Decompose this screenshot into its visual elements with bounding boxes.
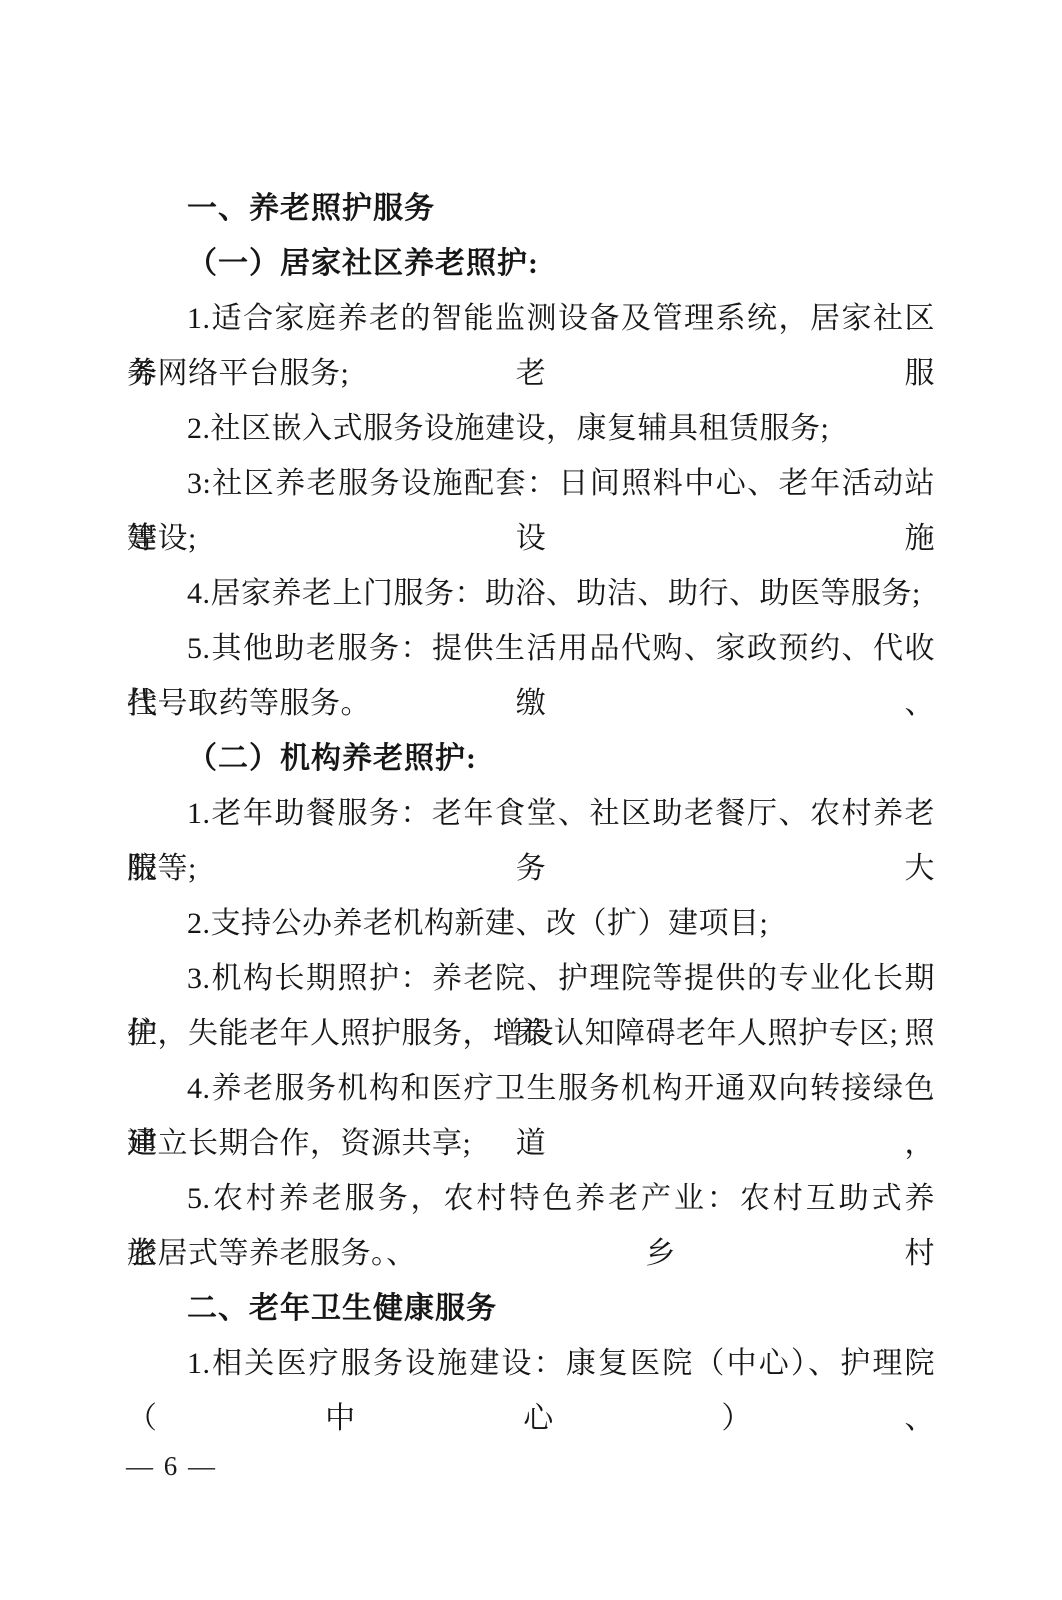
document-page: 一、养老照护服务 （一）居家社区养老照护: 1.适合家庭养老的智能监测设备及管理… bbox=[0, 0, 1062, 1600]
section-1-heading: 一、养老照护服务 bbox=[127, 181, 935, 236]
paragraph-line: 2.社区嵌入式服务设施建设，康复辅具租赁服务; bbox=[127, 401, 935, 456]
paragraph-line: 5.农村养老服务，农村特色养老产业：农村互助式养老、乡村 bbox=[127, 1171, 935, 1226]
subsection-1-1-heading: （一）居家社区养老照护: bbox=[127, 236, 935, 291]
subsection-1-2-heading: （二）机构养老照护: bbox=[127, 731, 935, 786]
paragraph-line: 4.养老服务机构和医疗卫生服务机构开通双向转接绿色通道， bbox=[127, 1061, 935, 1116]
paragraph-line: 3.机构长期照护：养老院、护理院等提供的专业化长期住养照 bbox=[127, 951, 935, 1006]
paragraph-line: 1.老年助餐服务：老年食堂、社区助老餐厅、农村养老服务大 bbox=[127, 786, 935, 841]
paragraph-line: 3:社区养老服务设施配套：日间照料中心、老年活动站等设施 bbox=[127, 456, 935, 511]
paragraph-line: 1.适合家庭养老的智能监测设备及管理系统，居家社区养老服 bbox=[127, 291, 935, 346]
paragraph-line: 4.居家养老上门服务：助浴、助洁、助行、助医等服务; bbox=[127, 566, 935, 621]
page-number: — 6 — bbox=[126, 1446, 217, 1486]
paragraph-line: 2.支持公办养老机构新建、改（扩）建项目; bbox=[127, 896, 935, 951]
section-2-heading: 二、老年卫生健康服务 bbox=[127, 1281, 935, 1336]
document-body: 一、养老照护服务 （一）居家社区养老照护: 1.适合家庭养老的智能监测设备及管理… bbox=[127, 181, 935, 1391]
paragraph-line: 护，失能老年人照护服务，增设认知障碍老年人照护专区; bbox=[127, 1006, 935, 1061]
paragraph-line: 1.相关医疗服务设施建设：康复医院（中心）、护理院（中心）、 bbox=[127, 1336, 935, 1391]
paragraph-line: 5.其他助老服务：提供生活用品代购、家政预约、代收代缴、 bbox=[127, 621, 935, 676]
